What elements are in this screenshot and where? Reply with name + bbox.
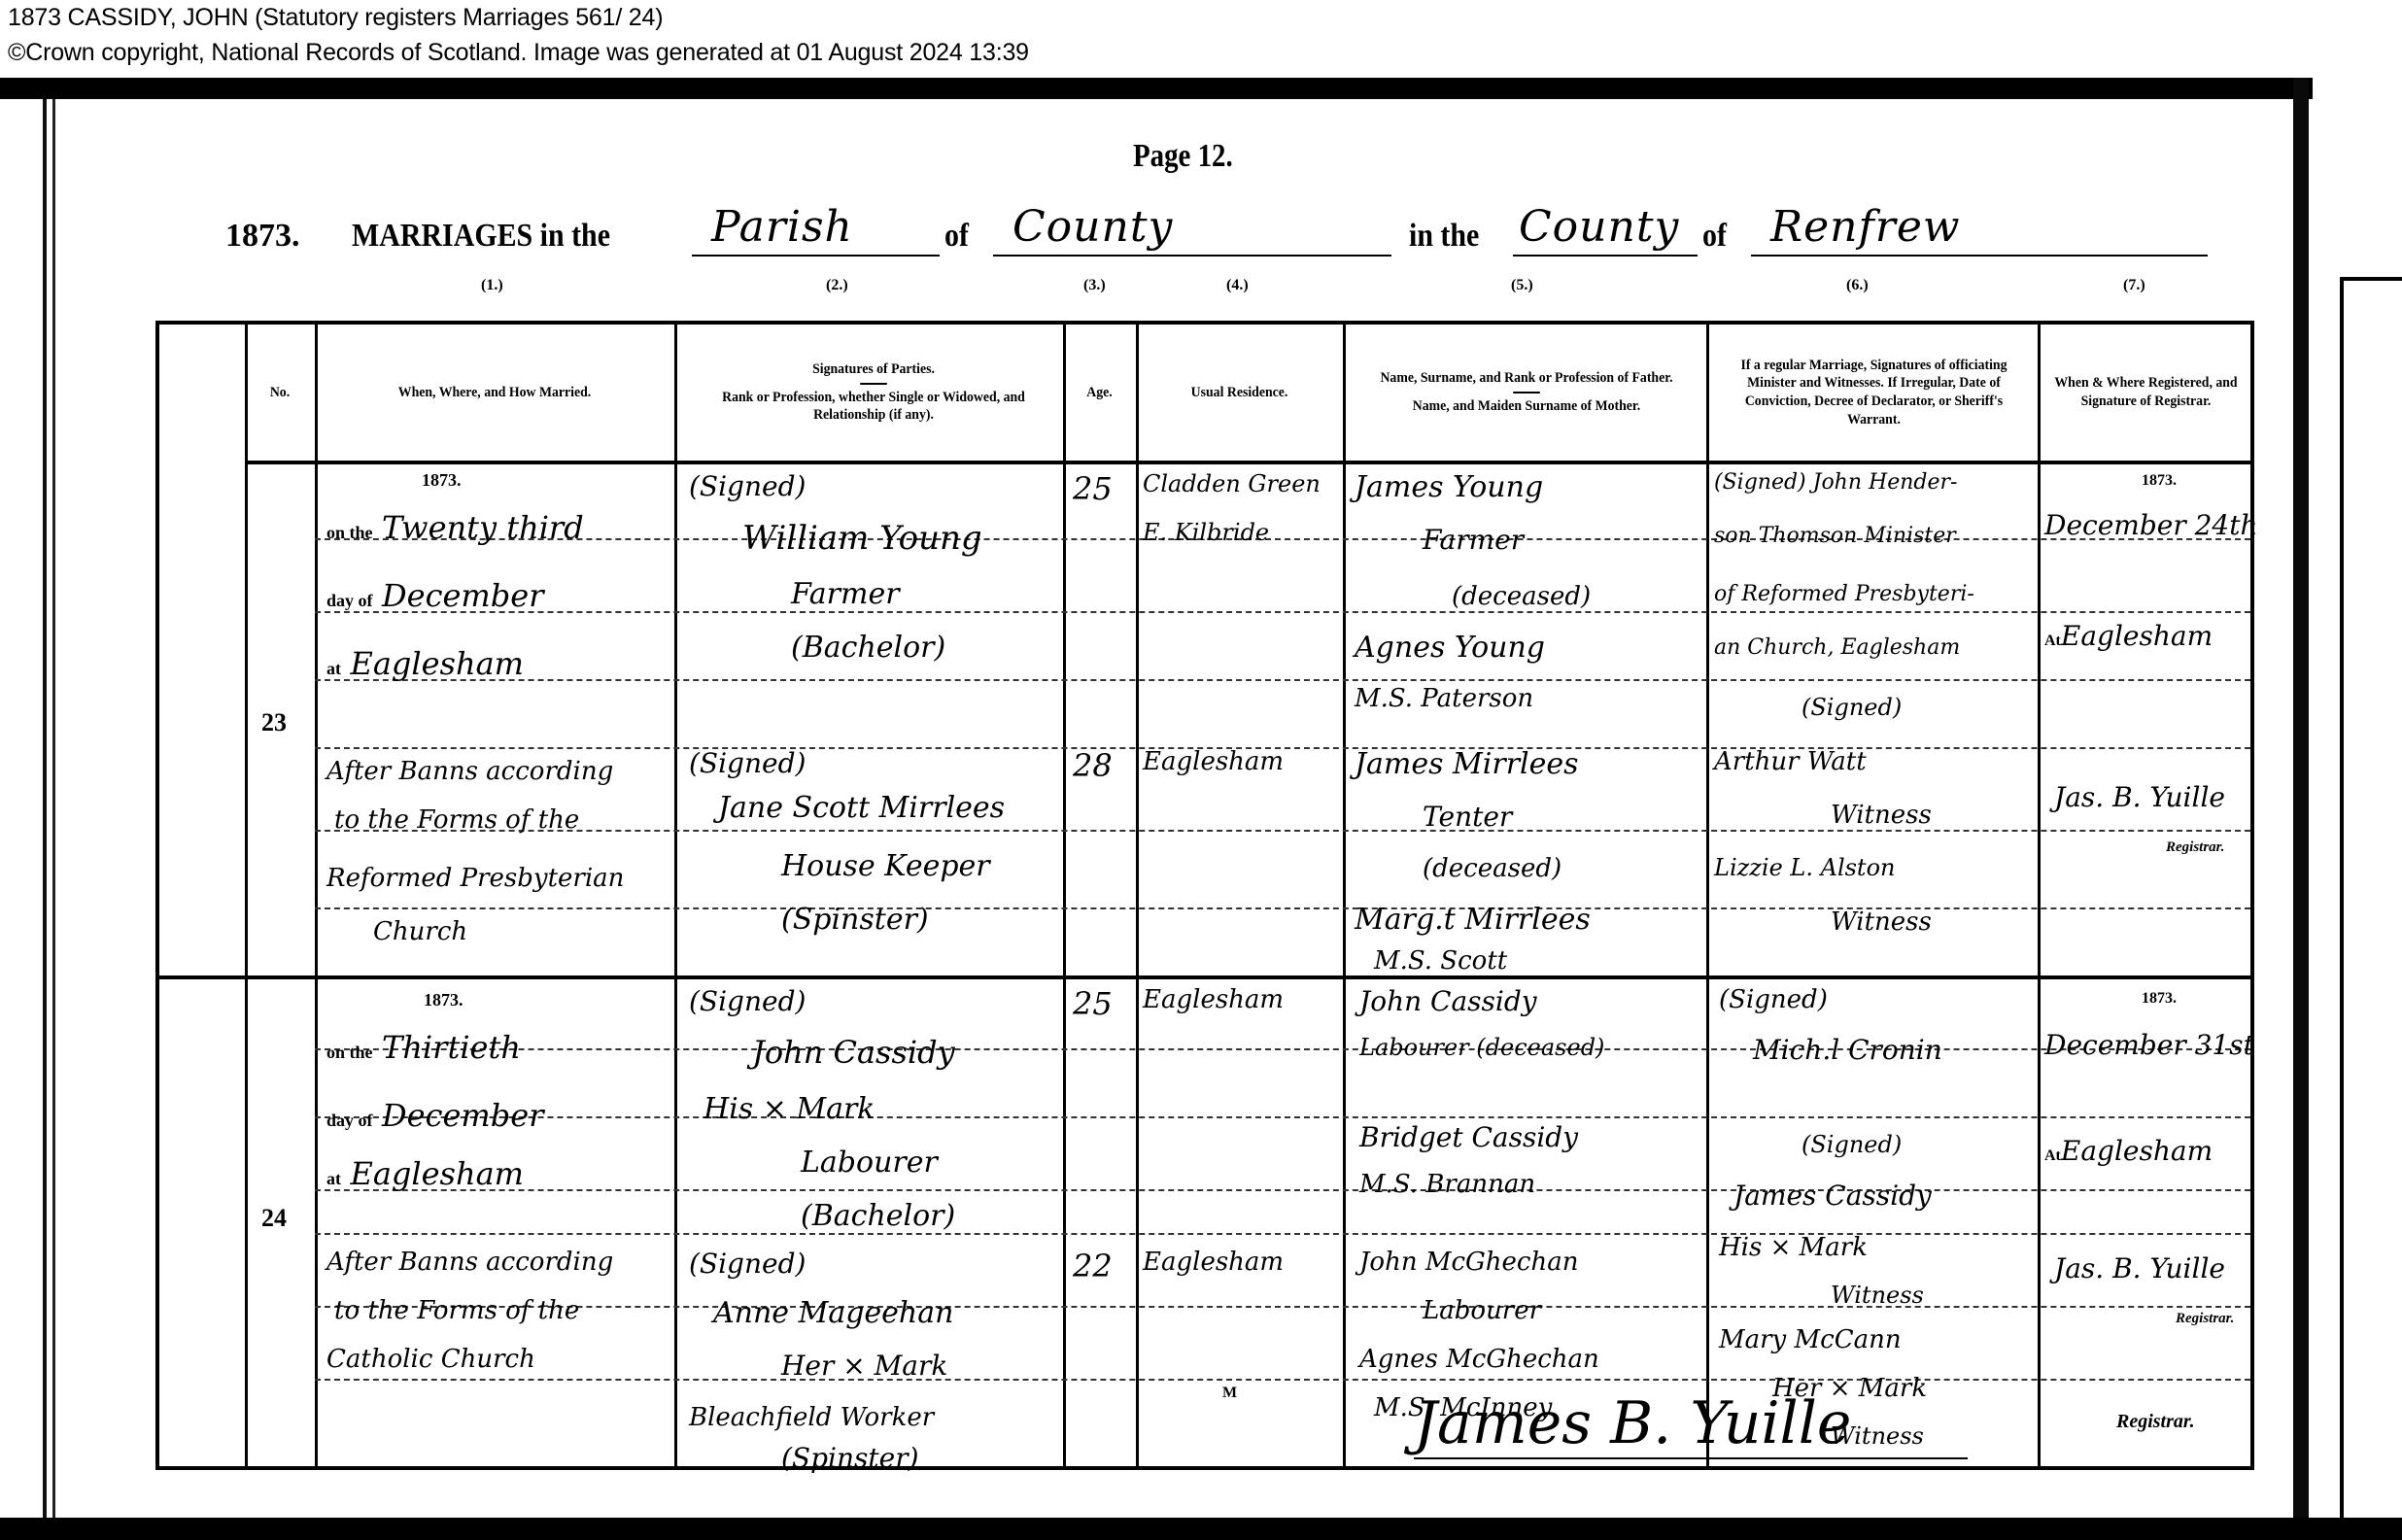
witness-label: Witness	[1831, 907, 1932, 937]
day-value: Thirtieth	[382, 1029, 521, 1066]
marriage-month: day of December	[326, 1097, 543, 1135]
registered-place: AtEaglesham	[2044, 1131, 2213, 1169]
district-name: County	[1012, 202, 1173, 252]
registered-place: AtEaglesham	[2044, 616, 2213, 654]
registrar-signature: Jas. B. Yuille	[2054, 1252, 2225, 1284]
groom-name: William Young	[742, 519, 982, 558]
footer-mark: M	[1222, 1385, 1237, 1402]
witness-name: Arthur Watt	[1714, 747, 1867, 776]
signed-label: (Signed)	[689, 985, 806, 1017]
registered-year: 1873.	[2142, 990, 2177, 1008]
groom-father-occupation: Labourer (deceased)	[1359, 1034, 1604, 1061]
groom-occupation: Labourer	[801, 1146, 938, 1180]
signatures-label: Signatures of Parties.	[812, 360, 935, 379]
officiant-line: (Signed)	[1719, 985, 1828, 1014]
column-divider	[1063, 325, 1066, 1466]
bride-father-occupation: Labourer	[1423, 1296, 1541, 1325]
father-label: Name, Surname, and Rank or Profession of…	[1380, 369, 1672, 388]
next-page-edge	[2340, 277, 2402, 281]
in-the-label: in the	[1409, 218, 1479, 255]
groom-age: 25	[1073, 985, 1113, 1022]
column-divider	[1706, 325, 1709, 1466]
entry-number: 23	[261, 708, 287, 737]
ruling	[315, 1189, 2250, 1192]
bride-mother: Marg.t Mirrlees	[1355, 903, 1591, 937]
ruling	[315, 1116, 2250, 1119]
officiant-line: son Thomson Minister	[1714, 524, 1956, 548]
column-header-signatures: Signatures of Parties. Rank or Professio…	[700, 325, 1048, 461]
column-header-registered: When & Where Registered, and Signature o…	[2050, 325, 2243, 461]
ruling	[315, 907, 2250, 910]
column-number-1: (1.)	[481, 277, 503, 294]
groom-mark: His × Mark	[703, 1092, 875, 1126]
bride-status: (Spinster)	[781, 903, 929, 937]
registered-year: 1873.	[2142, 472, 2177, 490]
county-name: Renfrew	[1770, 202, 1961, 252]
bride-father-occupation: Tenter	[1423, 801, 1512, 833]
district-type: Parish	[711, 202, 853, 252]
header-separator	[1513, 392, 1540, 394]
register-title: 1873. MARRIAGES in the Parish of County …	[225, 210, 2217, 268]
of-label-2: of	[1702, 218, 1727, 255]
registrar-label: Registrar.	[2176, 1311, 2234, 1327]
place-value: Eaglesham	[2061, 620, 2213, 652]
next-page-edge-vertical	[2340, 277, 2344, 1540]
registered-date: December 24th	[2044, 509, 2258, 541]
manner-line: After Banns according	[326, 1248, 613, 1277]
place-value: Eaglesham	[350, 645, 524, 682]
column-header-witnesses: If a regular Marriage, Signatures of off…	[1723, 325, 2024, 461]
month-value: December	[382, 577, 544, 614]
column-divider	[245, 325, 248, 1466]
register-scan: Page 12. 1873. MARRIAGES in the Parish o…	[0, 78, 2402, 1540]
ruling	[315, 611, 2250, 614]
bride-occupation: House Keeper	[781, 849, 990, 883]
column-divider	[674, 325, 677, 1466]
groom-mother: Bridget Cassidy	[1359, 1121, 1578, 1153]
marriage-year: 1873.	[422, 470, 462, 491]
title-prefix: MARRIAGES in the	[352, 218, 610, 255]
bride-status: (Spinster)	[781, 1442, 919, 1474]
witness-mark: His × Mark	[1719, 1233, 1868, 1262]
county-word: County	[1519, 202, 1679, 252]
groom-status: (Bachelor)	[791, 631, 945, 665]
column-header-parents: Name, Surname, and Rank or Profession of…	[1361, 325, 1692, 461]
bride-name: Jane Scott Mirrlees	[718, 791, 1005, 825]
registered-date: December 31st	[2044, 1029, 2254, 1061]
witness-label: Witness	[1831, 1282, 1924, 1309]
officiant-name: Mich.l Cronin	[1753, 1034, 1942, 1066]
manner-line: Catholic Church	[326, 1345, 535, 1374]
book-binding	[2293, 78, 2309, 1540]
groom-father: John Cassidy	[1359, 985, 1537, 1017]
month-value: December	[382, 1097, 544, 1134]
groom-father-note: (deceased)	[1452, 582, 1591, 611]
bride-father: James Mirrlees	[1355, 747, 1579, 781]
column-header-residence: Usual Residence.	[1145, 325, 1335, 461]
record-title: 1873 CASSIDY, JOHN (Statutory registers …	[8, 4, 663, 32]
at-label: at	[326, 659, 341, 678]
scan-border-left	[43, 99, 47, 1537]
header-separator	[860, 383, 887, 385]
signed-label: (Signed)	[689, 470, 806, 502]
county-name-field: Renfrew	[1751, 210, 2208, 257]
column-number-6: (6.)	[1846, 277, 1869, 294]
place-value: Eaglesham	[350, 1155, 524, 1192]
bride-father-note: (deceased)	[1423, 854, 1561, 883]
groom-status: (Bachelor)	[801, 1199, 955, 1233]
at-label: At	[2044, 1147, 2061, 1164]
at-label: at	[326, 1169, 341, 1188]
day-value: Twenty third	[382, 509, 584, 546]
groom-mother-maiden: M.S. Brannan	[1359, 1170, 1535, 1199]
groom-name: John Cassidy	[752, 1034, 955, 1071]
bride-occupation: Bleachfield Worker	[689, 1403, 934, 1432]
witness-name: James Cassidy	[1733, 1180, 1932, 1212]
ruling	[315, 1048, 2250, 1051]
day-of-label: day of	[326, 1111, 373, 1130]
bride-age: 22	[1073, 1248, 1113, 1284]
bride-mark: Her × Mark	[781, 1350, 947, 1382]
signed-label: (Signed)	[689, 747, 806, 779]
marriage-month: day of December	[326, 577, 543, 615]
groom-residence: Cladden Green	[1143, 470, 1321, 497]
marriage-year: 1873.	[424, 990, 463, 1010]
manner-line: to the Forms of the	[334, 805, 579, 835]
bride-residence: Eaglesham	[1143, 1248, 1284, 1277]
bride-name: Anne Mageehan	[713, 1296, 953, 1330]
column-number-4: (4.)	[1226, 277, 1249, 294]
witness-name: Mary McCann	[1719, 1325, 1902, 1354]
groom-residence: Eaglesham	[1143, 985, 1284, 1014]
column-header-no: No.	[248, 325, 312, 461]
column-divider	[2038, 325, 2041, 1466]
page-number: Page 12.	[1133, 138, 1233, 175]
ruling	[315, 830, 2250, 833]
marriage-day: on the Twenty third	[326, 509, 584, 547]
of-label: of	[944, 218, 969, 255]
manner-line: Reformed Presbyterian	[326, 864, 624, 893]
header-divider	[245, 461, 2250, 464]
column-number-7: (7.)	[2123, 277, 2145, 294]
bride-residence: Eaglesham	[1143, 747, 1284, 776]
scan-border-left-inner	[52, 99, 55, 1537]
registrar-label: Registrar.	[2166, 839, 2224, 856]
ruling	[315, 538, 2250, 541]
rank-profession-label: Rank or Profession, whether Single or Wi…	[700, 389, 1048, 426]
officiant-line: of Reformed Presbyteri-	[1714, 582, 1974, 606]
day-of-label: day of	[326, 591, 373, 610]
manner-line: to the Forms of the	[334, 1296, 579, 1325]
entry-divider	[159, 975, 2250, 979]
signed-label: (Signed)	[689, 1248, 806, 1280]
scan-border-bottom	[0, 1518, 2402, 1540]
mother-label: Name, and Maiden Surname of Mother.	[1413, 397, 1640, 416]
column-divider	[1343, 325, 1346, 1466]
witness-label: Witness	[1831, 801, 1932, 830]
bride-mother: Agnes McGhechan	[1359, 1345, 1599, 1374]
column-number-3: (3.)	[1083, 277, 1106, 294]
groom-father: James Young	[1355, 470, 1543, 504]
on-the-label: on the	[326, 523, 373, 542]
district-name-field: County	[993, 210, 1391, 257]
column-header-when-where: When, Where, and How Married.	[329, 325, 660, 461]
witness-name: Lizzie L. Alston	[1714, 854, 1895, 881]
column-divider	[315, 325, 318, 1466]
column-number-5: (5.)	[1511, 277, 1533, 294]
district-type-field: Parish	[692, 210, 940, 257]
registrar-signature: Jas. B. Yuille	[2054, 781, 2225, 813]
ruling	[315, 1379, 2250, 1382]
column-divider	[1136, 325, 1139, 1466]
marriage-day: on the Thirtieth	[326, 1029, 521, 1067]
groom-father-occupation: Farmer	[1423, 524, 1524, 556]
registrar-page-label: Registrar.	[2116, 1411, 2195, 1433]
scan-border-top	[0, 78, 2313, 99]
groom-residence: E. Kilbride	[1143, 519, 1269, 546]
bride-age: 28	[1073, 747, 1113, 784]
column-number-2: (2.)	[826, 277, 848, 294]
place-value: Eaglesham	[2061, 1135, 2213, 1167]
groom-age: 25	[1073, 470, 1113, 507]
groom-mother: Agnes Young	[1355, 631, 1545, 665]
groom-occupation: Farmer	[791, 577, 900, 611]
entry-number: 24	[261, 1204, 287, 1233]
ruling	[315, 1233, 2250, 1236]
column-header-age: Age.	[1066, 325, 1133, 461]
marriage-place: at Eaglesham	[326, 645, 524, 683]
bride-father: John McGhechan	[1359, 1248, 1578, 1277]
at-label: At	[2044, 633, 2061, 649]
manner-line: Church	[373, 917, 467, 946]
marriage-place: at Eaglesham	[326, 1155, 524, 1193]
ruling	[315, 679, 2250, 682]
marriage-register-table: No. When, Where, and How Married. Signat…	[155, 321, 2254, 1470]
copyright-notice: ©Crown copyright, National Records of Sc…	[8, 39, 1029, 67]
groom-mother-maiden: M.S. Paterson	[1355, 684, 1533, 713]
county-word-field: County	[1513, 210, 1698, 257]
bride-mother-maiden: M.S. Scott	[1374, 946, 1507, 975]
on-the-label: on the	[326, 1043, 373, 1062]
register-year: 1873.	[225, 218, 300, 255]
signed-label: (Signed)	[1801, 1131, 1902, 1158]
registrar-page-signature: James B. Yuille	[1414, 1389, 1968, 1459]
ruling	[315, 1306, 2250, 1309]
officiant-line: (Signed)	[1801, 694, 1902, 721]
officiant-line: (Signed) John Hender-	[1714, 470, 1957, 495]
officiant-line: an Church, Eaglesham	[1714, 635, 1960, 660]
manner-line: After Banns according	[326, 757, 613, 786]
